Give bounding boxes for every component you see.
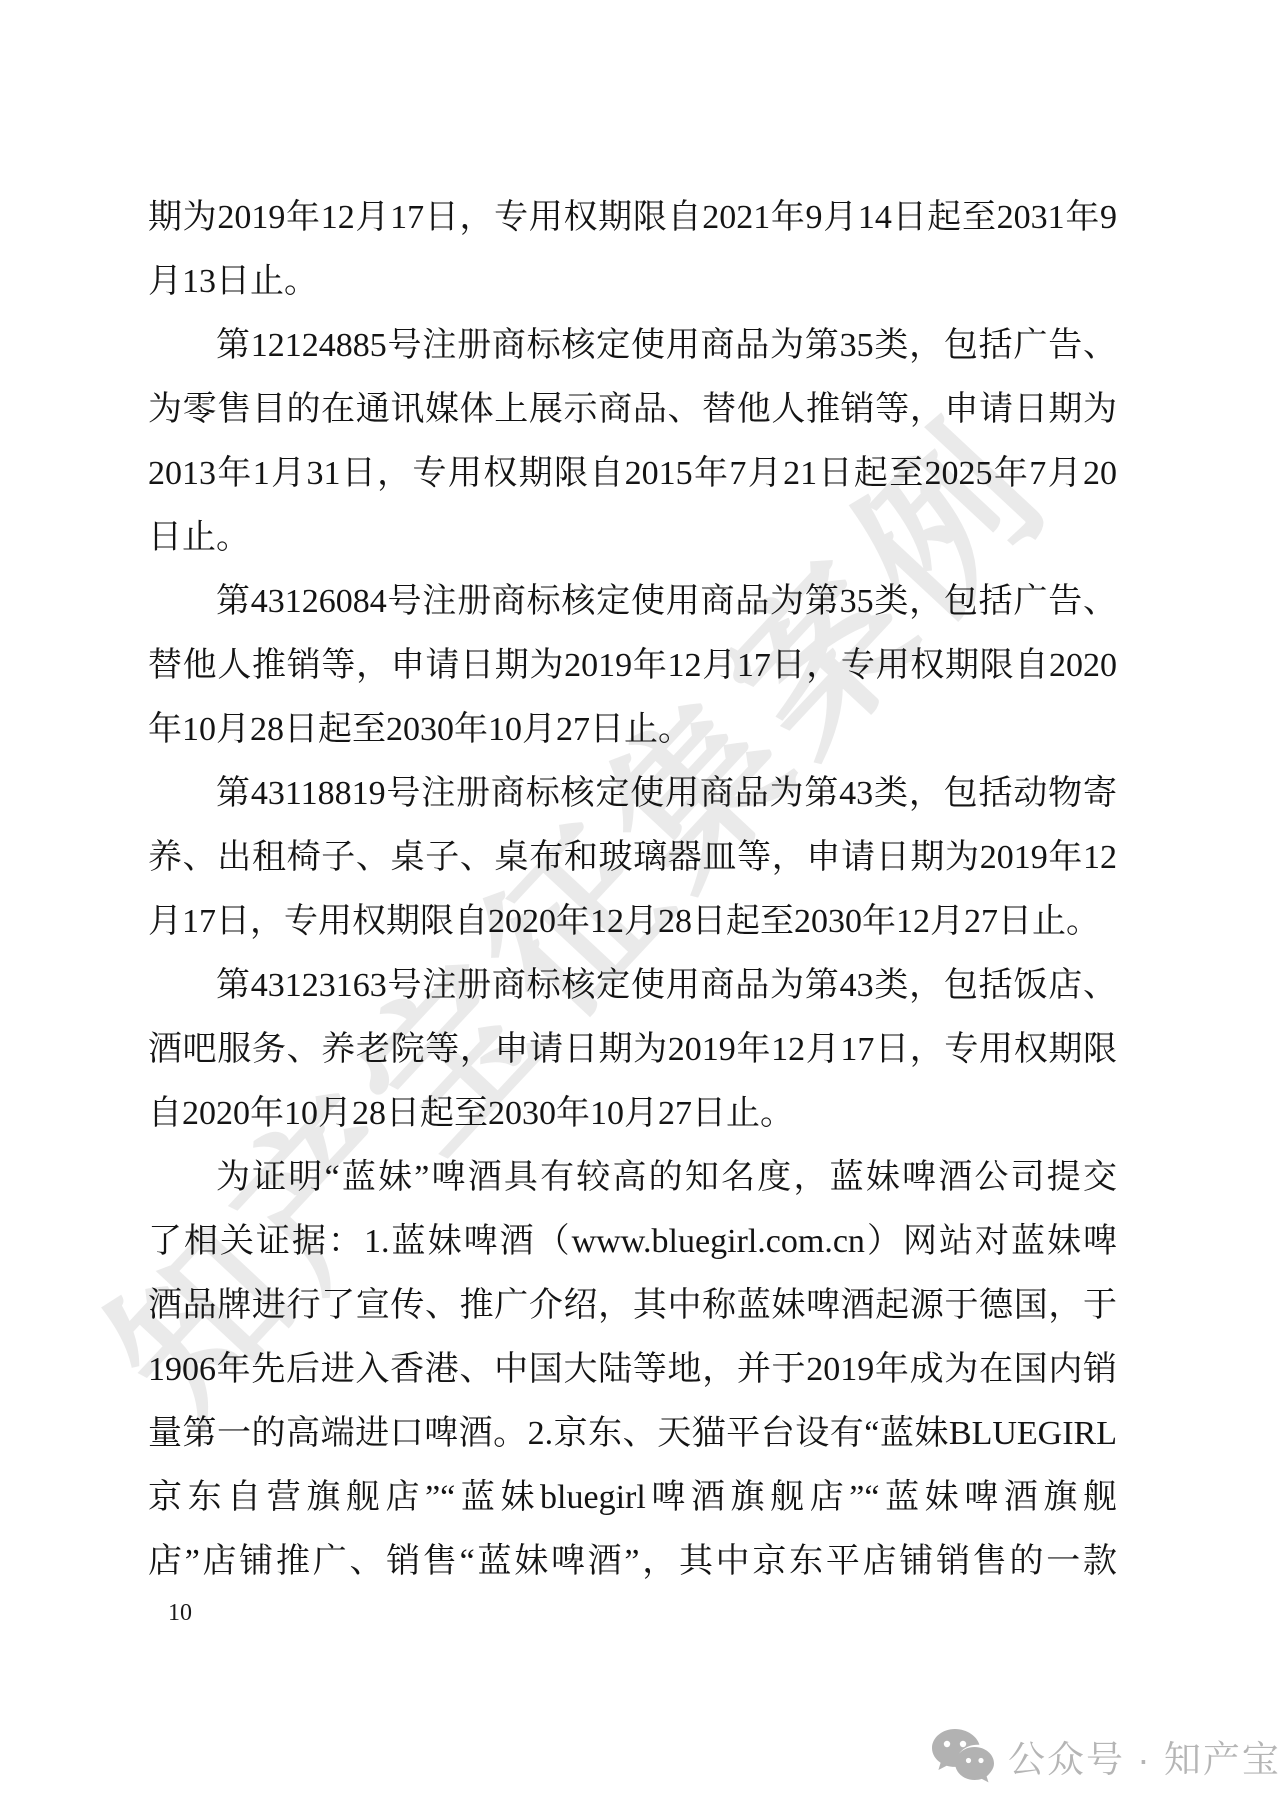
text-line: 月17日，专用权期限自2020年12月28日起至2030年12月27日止。: [148, 890, 1117, 954]
text-line: 第43126084号注册商标核定使用商品为第35类，包括广告、: [148, 570, 1117, 634]
text-line: 为零售目的在通讯媒体上展示商品、替他人推销等，申请日期为: [148, 378, 1117, 442]
text-line: 年10月28日起至2030年10月27日止。: [148, 698, 1117, 762]
text-line: 了相关证据：1.蓝妹啤酒（www.bluegirl.com.cn）网站对蓝妹啤: [148, 1210, 1117, 1274]
text-line: 养、出租椅子、桌子、桌布和玻璃器皿等，申请日期为2019年12: [148, 826, 1117, 890]
text-line: 第12124885号注册商标核定使用商品为第35类，包括广告、: [148, 314, 1117, 378]
text-line: 第43123163号注册商标核定使用商品为第43类，包括饭店、: [148, 954, 1117, 1018]
text-line: 第43118819号注册商标核定使用商品为第43类，包括动物寄: [148, 762, 1117, 826]
footer-brand: 公众号 · 知产宝: [930, 1726, 1280, 1786]
wechat-icon: [930, 1726, 996, 1786]
footer-brand-label: 公众号 · 知产宝: [1008, 1729, 1280, 1783]
text-line: 店”店铺推广、销售“蓝妹啤酒”，其中京东平店铺销售的一款: [148, 1530, 1117, 1594]
text-line: 2013年1月31日，专用权期限自2015年7月21日起至2025年7月20: [148, 442, 1117, 506]
page-number: 10: [168, 1600, 192, 1627]
text-line: 量第一的高端进口啤酒。2.京东、天猫平台设有“蓝妹BLUEGIRL: [148, 1402, 1117, 1466]
text-line: 自2020年10月28日起至2030年10月27日止。: [148, 1082, 1117, 1146]
scanned-legal-document-page: { "document": { "lines": [ "期为2019年12月17…: [0, 0, 1280, 1810]
text-line: 酒品牌进行了宣传、推广介绍，其中称蓝妹啤酒起源于德国，于: [148, 1274, 1117, 1338]
text-line: 期为2019年12月17日，专用权期限自2021年9月14日起至2031年9: [148, 186, 1117, 250]
text-line: 酒吧服务、养老院等，申请日期为2019年12月17日，专用权期限: [148, 1018, 1117, 1082]
text-line: 替他人推销等，申请日期为2019年12月17日，专用权期限自2020: [148, 634, 1117, 698]
text-line: 月13日止。: [148, 250, 1117, 314]
text-line: 1906年先后进入香港、中国大陆等地，并于2019年成为在国内销: [148, 1338, 1117, 1402]
document-body-text: 期为2019年12月17日，专用权期限自2021年9月14日起至2031年9 月…: [148, 186, 1117, 1594]
text-line: 为证明“蓝妹”啤酒具有较高的知名度，蓝妹啤酒公司提交: [148, 1146, 1117, 1210]
text-line: 日止。: [148, 506, 1117, 570]
text-line: 京东自营旗舰店”“蓝妹bluegirl啤酒旗舰店”“蓝妹啤酒旗舰: [148, 1466, 1117, 1530]
